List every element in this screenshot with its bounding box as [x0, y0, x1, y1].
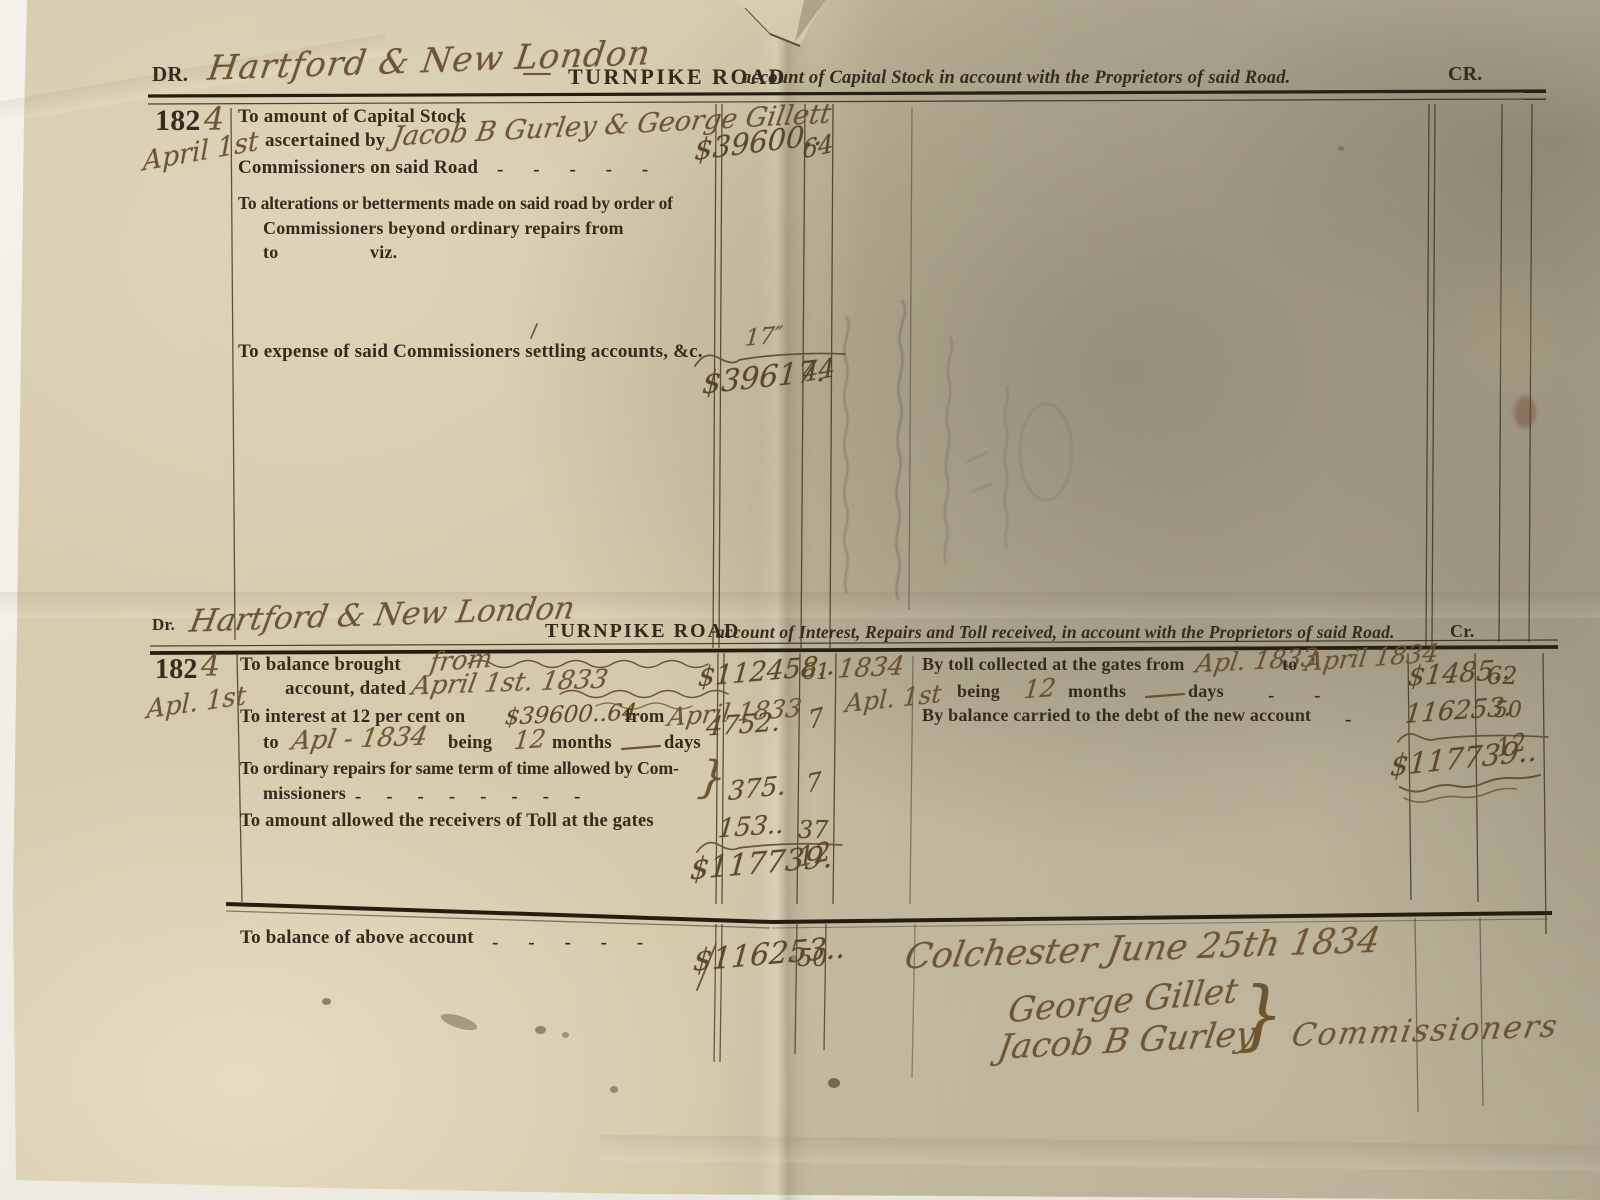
debit-r2-hw-to: Apl - 1834 — [290, 724, 430, 755]
footer-balance-label: To balance of above account — [240, 928, 474, 947]
table1-row2-label: Commissioners on said Road — [238, 158, 478, 177]
footer-balance-dashes: - - - - - — [492, 933, 643, 952]
debit-r1-printed2: account, dated — [285, 679, 406, 698]
debit-r2-printed3: to — [263, 734, 279, 753]
table1-row4-amount-handwritten: 17″ — [744, 324, 784, 351]
debit-r3-amount: 375. — [727, 773, 786, 805]
credit-r1-printed4: months — [1068, 682, 1126, 700]
debit-r2-printed6: days — [664, 734, 701, 753]
ink-bleedthrough — [844, 300, 1072, 600]
debit-r3-brace: } — [696, 756, 729, 800]
table1-row2-cents-handwritten: 64 — [802, 131, 834, 163]
credit-r2-dash: - — [1345, 710, 1352, 729]
table2-subtitle: account of Interest, Repairs and Toll re… — [716, 624, 1395, 642]
ink-tick — [531, 324, 537, 338]
credit-r1-printed2: to — [1282, 655, 1297, 673]
debit-r3-line2: missioners — [263, 784, 346, 802]
table1-cr-label: CR. — [1448, 64, 1483, 84]
table1-row4-label: To expense of said Commissioners settlin… — [238, 342, 703, 361]
credit-r2-cents: 50 — [1494, 700, 1522, 722]
table1-dr-label: DR. — [152, 64, 188, 85]
table2-title: TURNPIKE ROAD — [545, 621, 740, 641]
debit-r2-printed5: months — [552, 734, 612, 753]
table1-year-handwritten: 4 — [204, 103, 224, 135]
table1-subtitle: account of Capital Stock in account with… — [742, 69, 1291, 88]
credit-r1-printed3: being — [957, 682, 1000, 700]
table1-row3-line2: Commissioners beyond ordinary repairs fr… — [263, 219, 624, 237]
table1-year-printed: 182 — [155, 106, 201, 136]
credit-total-cents: 12 — [1496, 729, 1527, 761]
credit-r1-dashes: - - — [1268, 686, 1321, 705]
debit-r2-amount: 4752. — [705, 709, 782, 740]
table1-row3-viz: viz. — [370, 243, 397, 261]
debit-r2-hw-months: 12 — [513, 726, 547, 753]
table2-year-handwritten: 4 — [201, 652, 220, 682]
credit-days-dash — [1146, 694, 1184, 697]
debit-r3-line1: To ordinary repairs for same term of tim… — [240, 760, 679, 778]
debit-r2-printed4: being — [448, 734, 492, 753]
table1-top-rule — [148, 91, 1546, 96]
debit-r3-dashes: - - - - - - - - — [355, 787, 580, 806]
credit-r1-printed5: days — [1188, 682, 1224, 700]
table1-road-dash-handwritten: — — [522, 58, 552, 88]
table1-total-cents-handwritten: 44 — [802, 355, 835, 387]
credit-r2-label: By balance carried to the debt of the ne… — [922, 706, 1311, 724]
table1-verticals — [231, 104, 1532, 648]
debit-r3-cents: 7 — [806, 768, 822, 797]
footer-balance-cents: 50 — [797, 946, 828, 970]
document-photo: DR. Hartford & New London — TURNPIKE ROA… — [0, 0, 1600, 1200]
credit-r1-hw-from: Apl. 1833 — [1194, 645, 1319, 677]
footer-role-handwritten: Commissioners — [1289, 1011, 1561, 1052]
credit-r1-hw-months: 12 — [1023, 675, 1057, 702]
table1-row3-line1: To alterations or betterments made on sa… — [238, 195, 673, 213]
credit-year-handwritten: 1834 — [836, 653, 905, 683]
footer-signature-brace: } — [1238, 976, 1284, 1052]
debit-r2-printed2: from — [625, 708, 665, 727]
table1-row3-line3: to — [263, 243, 278, 261]
debit-r4-label: To amount allowed the receivers of Toll … — [240, 812, 654, 831]
table2-cr-label: Cr. — [1450, 622, 1474, 640]
debit-r4-amount: 153.. — [717, 812, 786, 843]
table1-row2-dashes: - - - - - — [497, 160, 648, 179]
debit-r1-printed1: To balance brought — [240, 655, 401, 674]
table2-year-printed: 182 — [155, 656, 198, 684]
table2-dr-label: Dr. — [152, 616, 175, 633]
debit-total-cents: 12 — [798, 838, 831, 871]
table1-top-rule-thin — [148, 99, 1546, 104]
debit-r1-cents: 61 — [802, 662, 830, 684]
table2-bottom-rule — [226, 904, 1552, 922]
credit-r1-cents: 62 — [1487, 664, 1518, 688]
table1-row1-line2: ascertained by — [265, 131, 385, 150]
paper-tear — [735, 0, 826, 46]
debit-days-dash — [622, 746, 660, 749]
credit-r1-printed1: By toll collected at the gates from — [922, 655, 1185, 673]
debit-r1-hw-date: April 1st. 1833 — [410, 666, 610, 699]
debit-r2-cents: 7 — [807, 704, 825, 733]
